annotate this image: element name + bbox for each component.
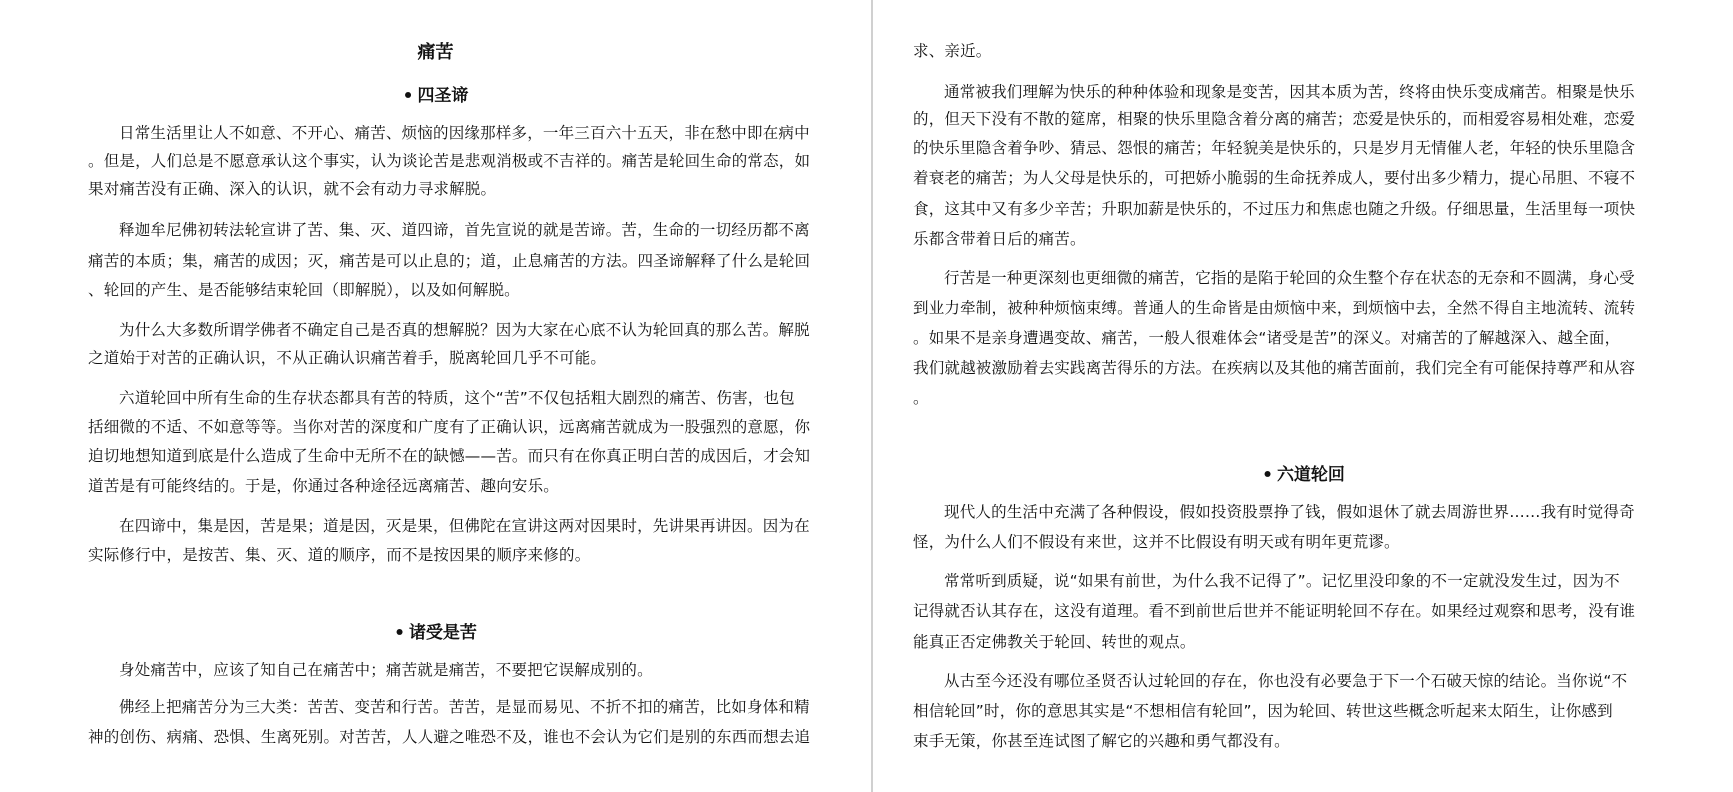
paragraph-line: 常常听到质疑，说“如果有前世，为什么我不记得了”。记忆里没印象的不一定就没发生过…	[944, 571, 1620, 591]
paragraph-line: 道苦是有可能终结的。于是，你通过各种途径远离痛苦、趣向安乐。	[88, 476, 559, 496]
paragraph-line: 从古至今还没有哪位圣贤否认过轮回的存在，你也没有必要急于下一个石破天惊的结论。当…	[944, 671, 1627, 691]
paragraph-line: 、轮回的产生、是否能够结束轮回（即解脱），以及如何解脱。	[88, 280, 520, 300]
paragraph-line: 相信轮回”时，你的意思其实是“不想相信有轮回”，因为轮回、转世这些概念听起来太陌…	[913, 701, 1613, 721]
paragraph-line: 我们就越被激励着去实践离苦得乐的方法。在疾病以及其他的痛苦面前，我们完全有可能保…	[913, 358, 1635, 378]
paragraph-line: 身处痛苦中，应该了知自己在痛苦中；痛苦就是痛苦，不要把它误解成别的。	[119, 660, 653, 680]
paragraph-line: 能真正否定佛教关于轮回、转世的观点。	[913, 632, 1196, 652]
paragraph-line: 的快乐里隐含着争吵、猜忌、怨恨的痛苦；年轻貌美是快乐的，只是岁月无情催人老，年轻…	[913, 138, 1635, 158]
paragraph-line: 行苦是一种更深刻也更细微的痛苦，它指的是陷于轮回的众生整个存在状态的无奈和不圆满…	[944, 268, 1635, 288]
paragraph-line: 为什么大多数所谓学佛者不确定自己是否真的想解脱？因为大家在心底不认为轮回真的那么…	[119, 320, 810, 340]
paragraph-line: 之道始于对苦的正确认识，不从正确认识痛苦着手，脱离轮回几乎不可能。	[88, 348, 606, 368]
paragraph-line: 束手无策，你甚至连试图了解它的兴趣和勇气都没有。	[913, 731, 1290, 751]
paragraph-line: 。	[913, 388, 929, 408]
section-heading-four-noble-truths: •四圣谛	[0, 85, 871, 107]
section-heading-all-feelings-suffering: •诸受是苦	[0, 622, 871, 644]
paragraph-line: 通常被我们理解为快乐的种种体验和现象是变苦，因其本质为苦，终将由快乐变成痛苦。相…	[944, 82, 1635, 102]
paragraph-line: 果对痛苦没有正确、深入的认识，就不会有动力寻求解脱。	[88, 179, 496, 199]
paragraph-line: 。如果不是亲身遭遇变故、痛苦，一般人很难体会“诸受是苦”的深义。对痛苦的了解越深…	[913, 328, 1620, 348]
chapter-title: 痛苦	[0, 41, 871, 65]
paragraph-line: 现代人的生活中充满了各种假设，假如投资股票挣了钱，假如退休了就去周游世界……我有…	[944, 502, 1635, 522]
bullet-icon: •	[1262, 464, 1273, 486]
paragraph-line: 迫切地想知道到底是什么造成了生命中无所不在的缺憾——苦。而只有在你真正明白苦的成…	[88, 446, 810, 466]
page-divider	[871, 0, 873, 792]
bullet-icon: •	[394, 622, 405, 644]
section-heading-text: 四圣谛	[417, 86, 468, 106]
paragraph-line: 括细微的不适、不如意等等。当你对苦的深度和广度有了正确认识，远离痛苦就成为一股强…	[88, 417, 810, 437]
paragraph-line: 到业力牵制，被种种烦恼束缚。普通人的生命皆是由烦恼中来，到烦恼中去，全然不得自主…	[913, 298, 1635, 318]
paragraph-line: 食，这其中又有多少辛苦；升职加薪是快乐的，不过压力和焦虑也随之升级。仔细思量，生…	[913, 199, 1635, 219]
paragraph-line: 的，但天下没有不散的筵席，相聚的快乐里隐含着分离的痛苦；恋爱是快乐的，而相爱容易…	[913, 109, 1635, 129]
left-page: 痛苦 •四圣谛 日常生活里让人不如意、不开心、痛苦、烦恼的因缘那样多，一年三百六…	[0, 0, 871, 792]
paragraph-line: 。但是，人们总是不愿意承认这个事实，认为谈论苦是悲观消极或不吉祥的。痛苦是轮回生…	[88, 151, 810, 171]
section-heading-six-realms: •六道轮回	[874, 464, 1733, 486]
paragraph-line: 着衰老的痛苦；为人父母是快乐的，可把娇小脆弱的生命抚养成人，要付出多少精力，提心…	[913, 168, 1635, 188]
paragraph-line: 释迦牟尼佛初转法轮宣讲了苦、集、灭、道四谛，首先宣说的就是苦谛。苦，生命的一切经…	[119, 220, 810, 240]
paragraph-line: 怪，为什么人们不假设有来世，这并不比假设有明天或有明年更荒谬。	[913, 532, 1400, 552]
paragraph-line: 六道轮回中所有生命的生存状态都具有苦的特质，这个“苦”不仅包括粗大剧烈的痛苦、伤…	[119, 388, 795, 408]
right-page: 求、亲近。 通常被我们理解为快乐的种种体验和现象是变苦，因其本质为苦，终将由快乐…	[874, 0, 1733, 792]
section-heading-text: 诸受是苦	[409, 623, 477, 643]
paragraph-line: 记得就否认其存在，这没有道理。看不到前世后世并不能证明轮回不存在。如果经过观察和…	[913, 601, 1635, 621]
paragraph-line: 痛苦的本质；集，痛苦的成因；灭，痛苦是可以止息的；道，止息痛苦的方法。四圣谛解释…	[88, 251, 810, 271]
paragraph-line: 求、亲近。	[913, 41, 992, 61]
paragraph-line: 佛经上把痛苦分为三大类：苦苦、变苦和行苦。苦苦，是显而易见、不折不扣的痛苦，比如…	[119, 697, 810, 717]
paragraph-line: 神的创伤、病痛、恐惧、生离死别。对苦苦，人人避之唯恐不及，谁也不会认为它们是别的…	[88, 727, 810, 747]
paragraph-line: 乐都含带着日后的痛苦。	[913, 229, 1086, 249]
paragraph-line: 日常生活里让人不如意、不开心、痛苦、烦恼的因缘那样多，一年三百六十五天，非在愁中…	[119, 123, 810, 143]
paragraph-line: 实际修行中，是按苦、集、灭、道的顺序，而不是按因果的顺序来修的。	[88, 545, 590, 565]
bullet-icon: •	[403, 85, 414, 107]
section-heading-text: 六道轮回	[1277, 465, 1345, 485]
paragraph-line: 在四谛中，集是因，苦是果；道是因，灭是果，但佛陀在宣讲这两对因果时，先讲果再讲因…	[119, 516, 810, 536]
